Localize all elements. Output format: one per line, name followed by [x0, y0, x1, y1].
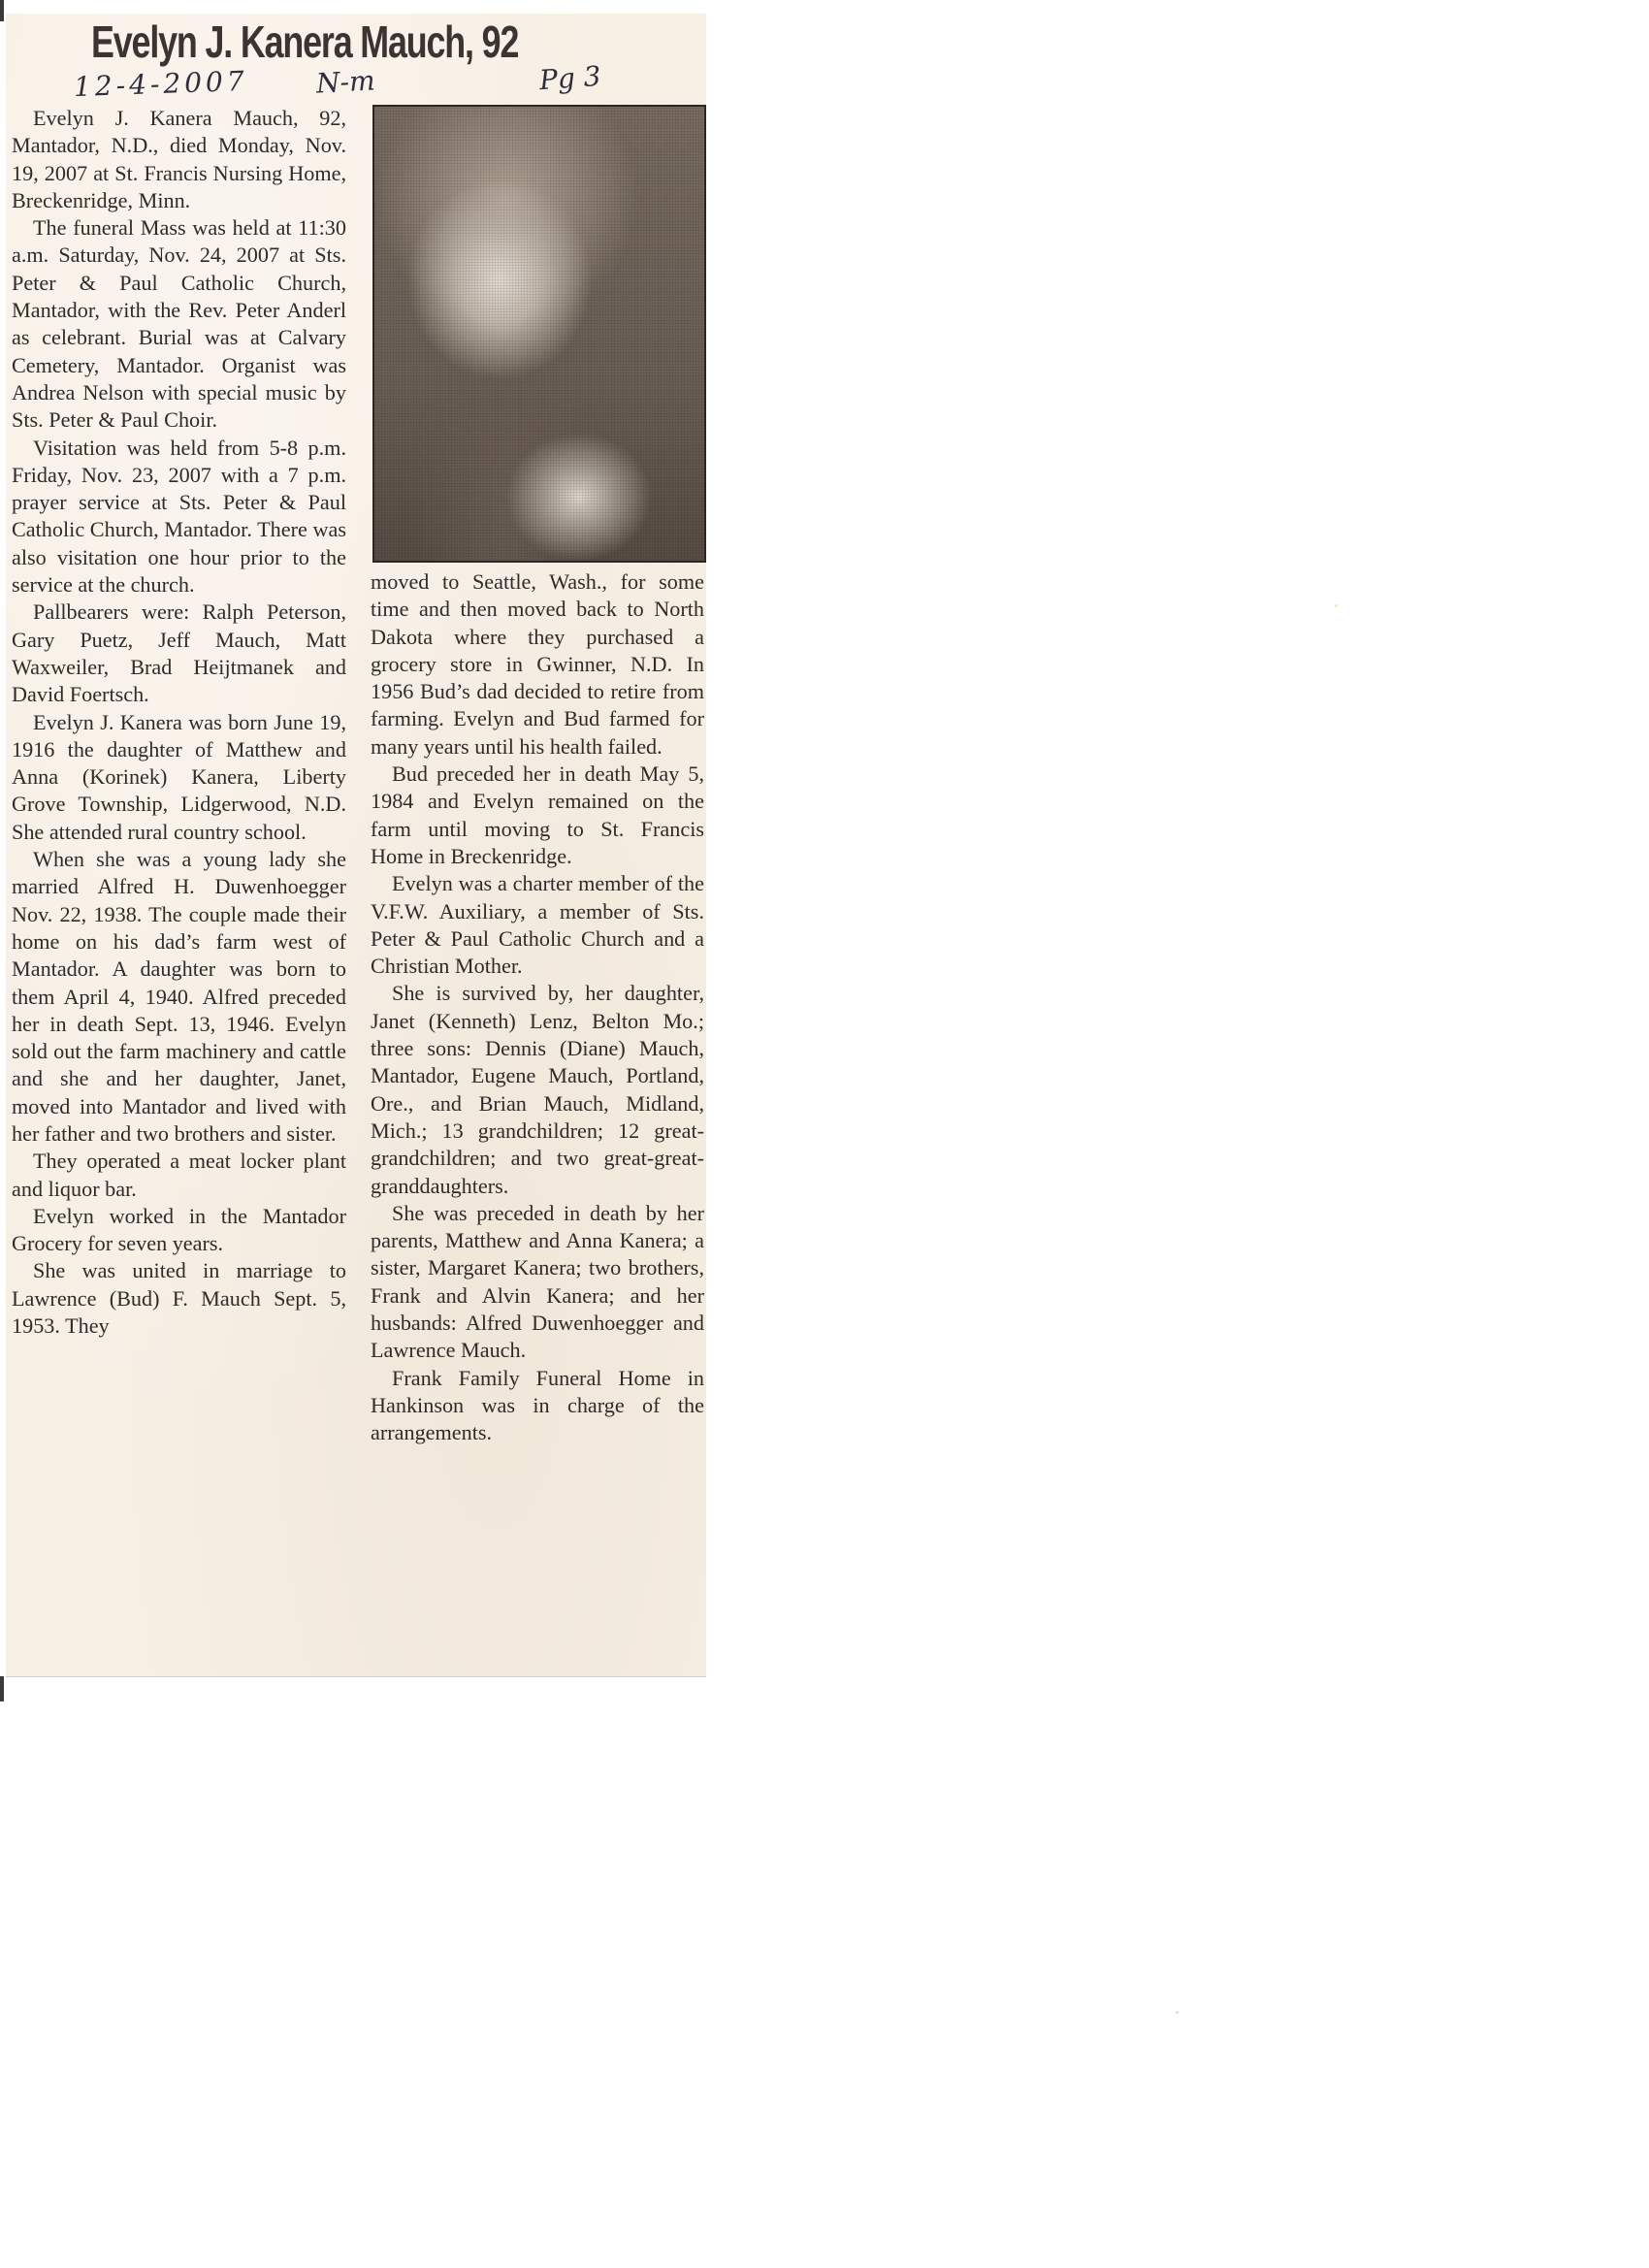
- paragraph: Evelyn was a charter mem­ber of the V.F.…: [371, 870, 704, 980]
- paragraph: Bud preceded her in death May 5, 1984 an…: [371, 761, 704, 870]
- paragraph: moved to Seattle, Wash., for some time a…: [371, 568, 704, 761]
- text-column-left: Evelyn J. Kanera Mauch, 92, Mantador, N.…: [12, 105, 346, 1340]
- scan-edge-mark: [0, 1676, 4, 1701]
- paragraph: Pallbearers were: Ralph Pe­terson, Gary …: [12, 599, 346, 708]
- paragraph: Evelyn J. Kanera was born June 19, 1916 …: [12, 709, 346, 846]
- paragraph: Evelyn J. Kanera Mauch, 92, Mantador, N.…: [12, 105, 346, 214]
- scan-speck: [1335, 604, 1338, 607]
- paragraph: Frank Family Funeral Home in Hankinson w…: [371, 1365, 704, 1447]
- scan-speck: [1176, 2011, 1179, 2014]
- portrait-photo: [372, 105, 706, 563]
- paragraph: Visitation was held from 5-8 p.m. Friday…: [12, 435, 346, 599]
- paragraph: When she was a young lady she married Al…: [12, 846, 346, 1148]
- obituary-headline: Evelyn J. Kanera Mauch, 92: [91, 16, 518, 68]
- paragraph: They operated a meat lock­er plant and l…: [12, 1148, 346, 1203]
- text-column-right: moved to Seattle, Wash., for some time a…: [371, 568, 704, 1447]
- paragraph: She was united in mar­riage to Lawrence …: [12, 1257, 346, 1340]
- paragraph: The funeral Mass was held at 11:30 a.m. …: [12, 214, 346, 434]
- newspaper-clipping: Evelyn J. Kanera Mauch, 92 12-4-2007 N-m…: [6, 14, 706, 1676]
- handwritten-date: 12-4-2007: [73, 65, 248, 103]
- handwritten-initials: N-m: [315, 64, 375, 99]
- scan-edge-mark: [0, 0, 4, 21]
- handwritten-page-number: Pg 3: [538, 60, 602, 96]
- paragraph: Evelyn worked in the Man­tador Grocery f…: [12, 1203, 346, 1258]
- paragraph: She is survived by, her daughter, Janet …: [371, 980, 704, 1199]
- paragraph: She was preceded in death by her parents…: [371, 1200, 704, 1365]
